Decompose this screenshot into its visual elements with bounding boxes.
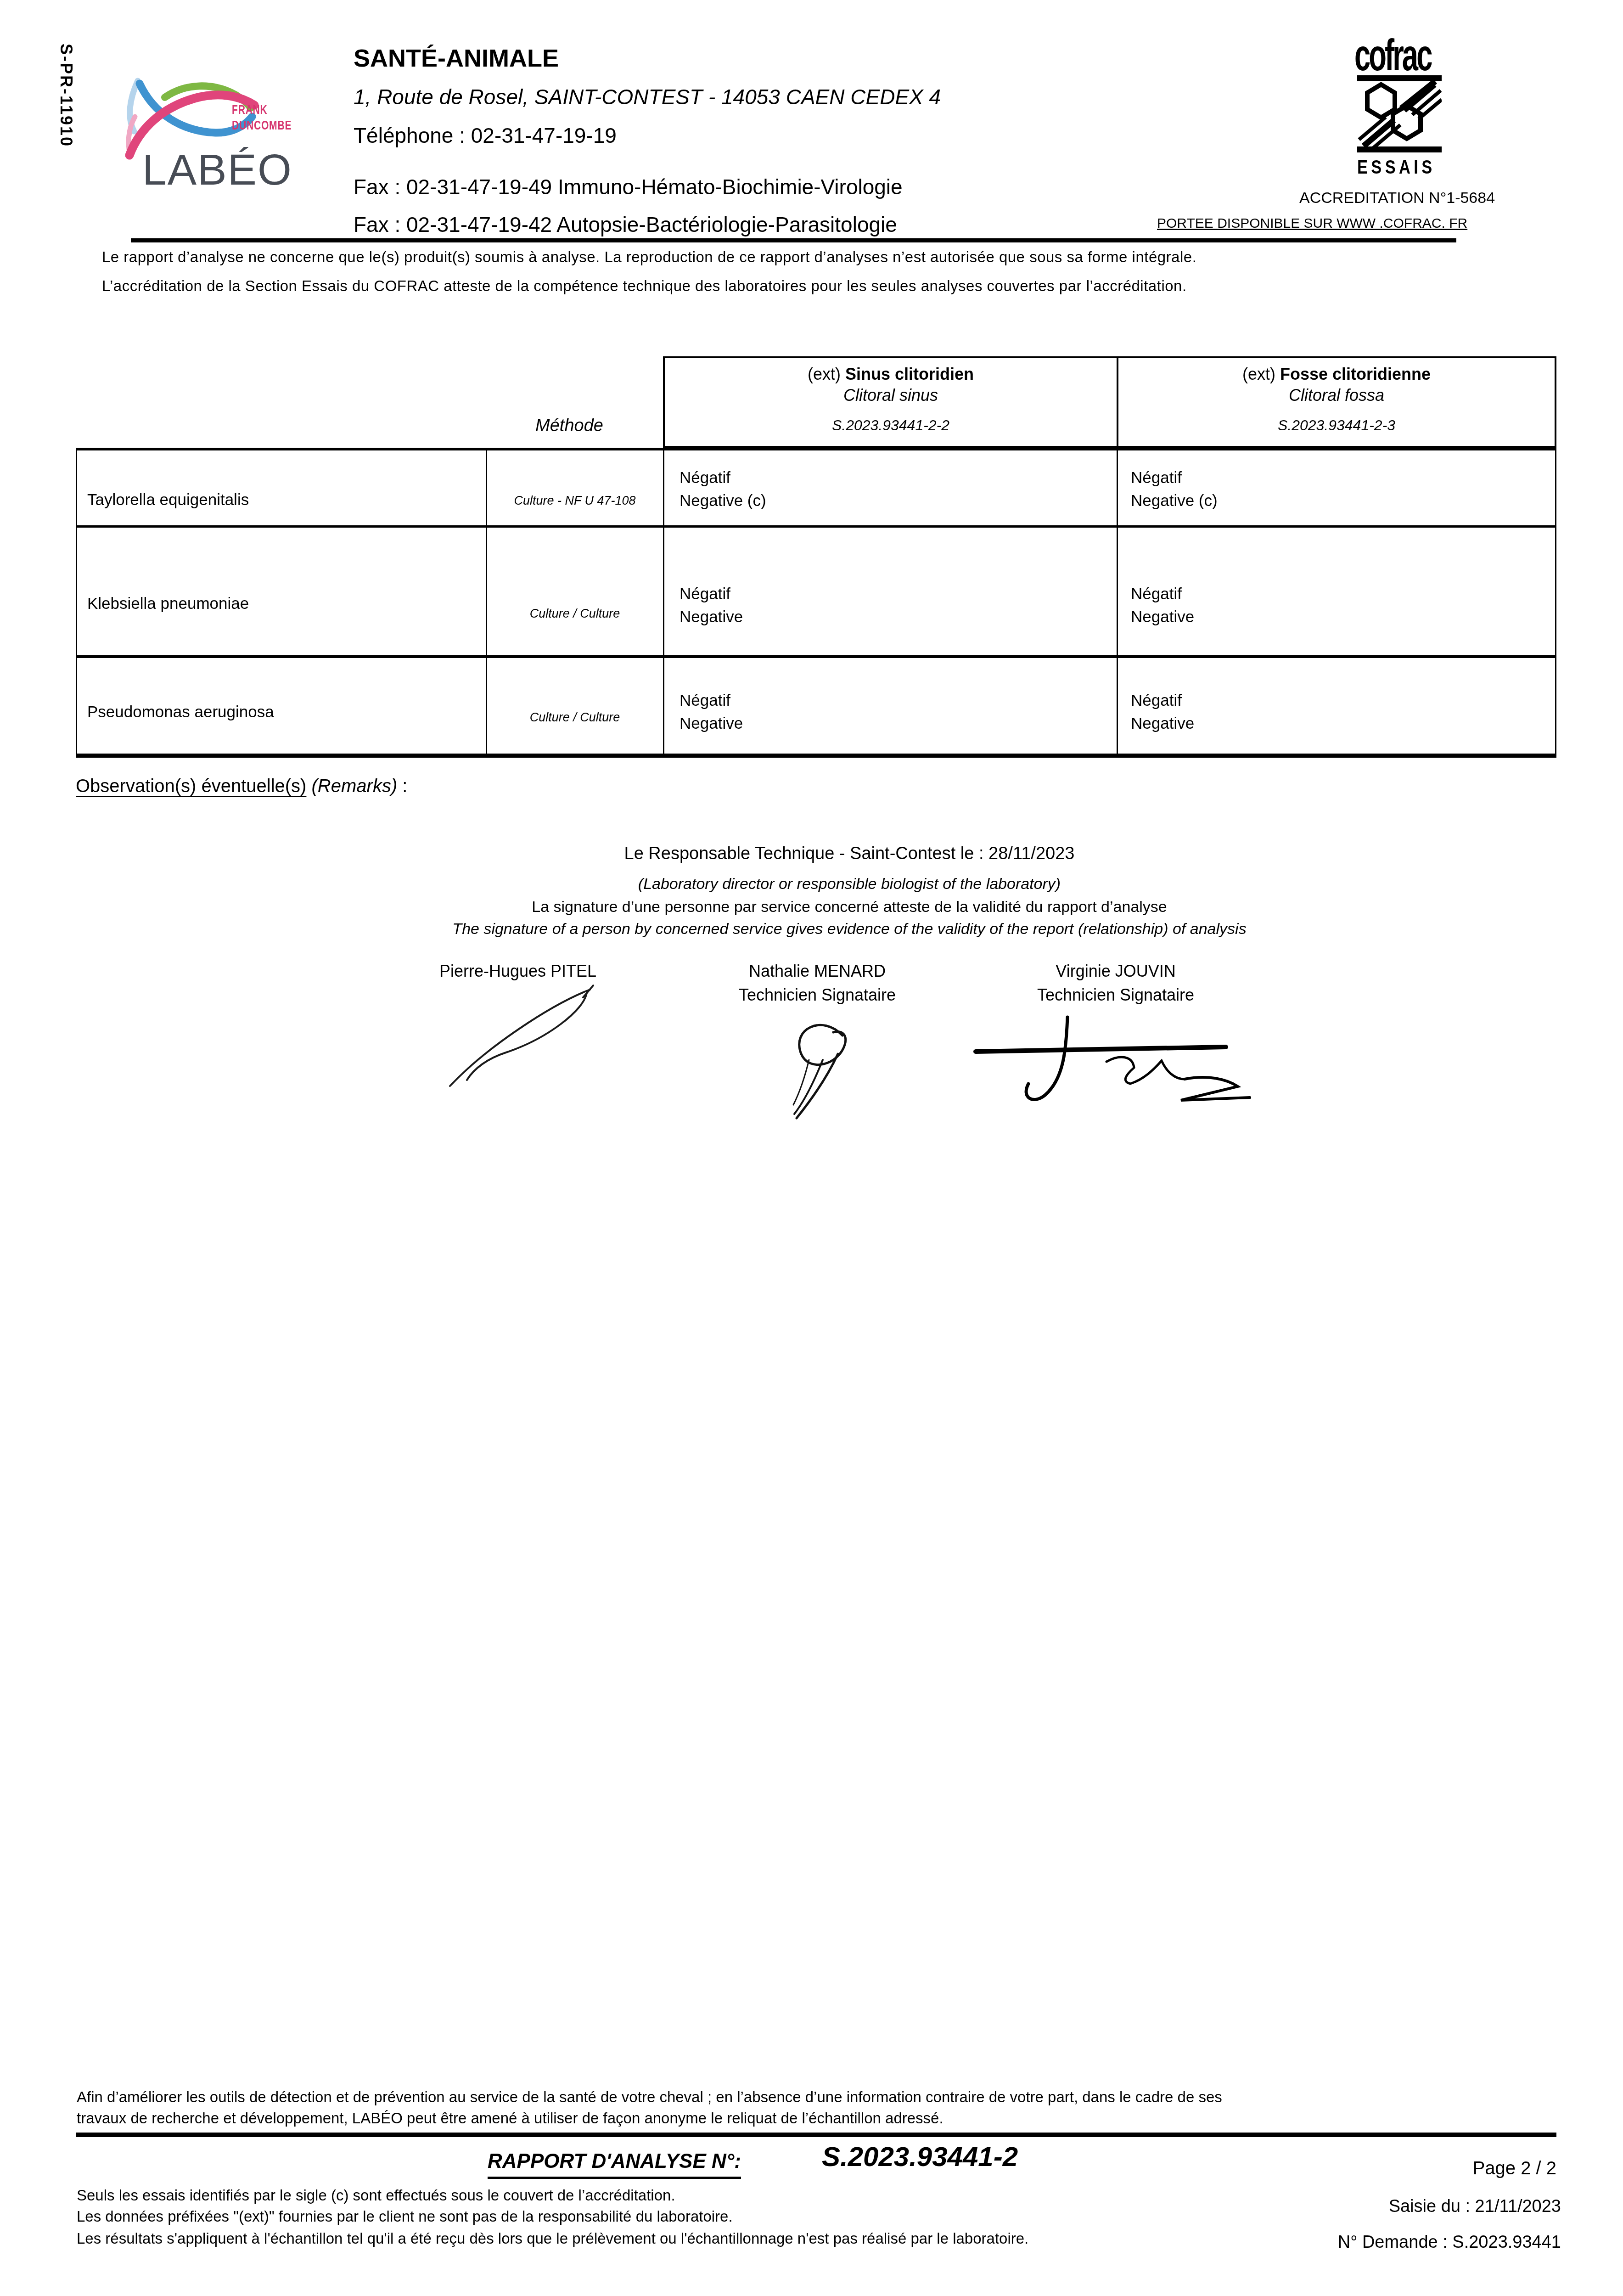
footer-divider [76, 2133, 1556, 2137]
column-subtitle: Clitoral fossa [1118, 386, 1555, 405]
method-value: Culture / Culture [488, 710, 662, 725]
department-title: SANTÉ-ANIMALE [354, 44, 559, 73]
result-fr: Négatif [680, 689, 743, 712]
column-subtitle: Clitoral sinus [665, 386, 1117, 405]
method-value: Culture / Culture [488, 607, 662, 621]
page-indicator: Page 2 / 2 [1396, 2158, 1556, 2179]
result-cell: Négatif Negative [1131, 583, 1194, 629]
grid-line [486, 450, 487, 754]
responsible-line: Le Responsable Technique - Saint-Contest… [275, 844, 1423, 864]
report-page: S-PR-11910 FRANK DUNCOMBE LABÉO SANTÉ-AN… [0, 0, 1623, 2296]
remarks-label-fr: Observation(s) éventuelle(s) [76, 776, 306, 796]
result-en: Negative [1131, 606, 1194, 629]
cofrac-emblem-icon [1357, 73, 1442, 155]
sample-id: S.2023.93441-2-3 [1118, 417, 1555, 434]
result-en: Negative (c) [680, 490, 766, 512]
remarks-label: Observation(s) éventuelle(s) (Remarks) : [76, 776, 407, 797]
fax-line-1: Fax : 02-31-47-19-49 Immuno-Hémato-Bioch… [354, 174, 903, 199]
report-number-label: RAPPORT D'ANALYSE N°: [488, 2150, 741, 2179]
grid-line [77, 655, 1555, 658]
notice-line-2: L’accréditation de la Section Essais du … [102, 277, 1187, 295]
header-divider [131, 238, 1456, 242]
doc-id-vertical: S-PR-11910 [56, 44, 76, 147]
footer-note-2: Les données préfixées "(ext)" fournies p… [77, 2208, 733, 2225]
method-value: Culture - NF U 47-108 [488, 494, 662, 508]
portee-link[interactable]: PORTEE DISPONIBLE SUR WWW .COFRAC. FR [1157, 216, 1447, 231]
signatory-name: Nathalie MENARD [702, 962, 932, 981]
result-fr: Négatif [680, 467, 766, 490]
signatory-name: Pierre-Hugues PITEL [403, 962, 633, 981]
results-table-header: (ext) Sinus clitoridien Clitoral sinus S… [663, 356, 1556, 448]
result-en: Negative (c) [1131, 490, 1218, 512]
brand-duncombe: DUNCOMBE [232, 118, 292, 133]
research-notice-line-1: Afin d’améliorer les outils de détection… [77, 2088, 1222, 2106]
signature-validity-line-en: The signature of a person by concerned s… [275, 920, 1423, 938]
responsible-line-en: (Laboratory director or responsible biol… [275, 875, 1423, 893]
parameter-name: Taylorella equigenitalis [87, 491, 249, 509]
signature-pitel [432, 983, 601, 1093]
fax-line-2: Fax : 02-31-47-19-42 Autopsie-Bactériolo… [354, 212, 897, 237]
signatory-title: Technicien Signataire [702, 985, 932, 1005]
column-title: (ext) Fosse clitoridienne [1118, 365, 1555, 384]
signature-jouvin [969, 1010, 1263, 1107]
result-en: Negative [680, 606, 743, 629]
research-notice-line-2: travaux de recherche et développement, L… [77, 2110, 943, 2127]
result-fr: Négatif [1131, 583, 1194, 606]
column-header-fossa: (ext) Fosse clitoridienne Clitoral fossa… [1118, 358, 1555, 446]
result-cell: Négatif Negative [1131, 689, 1194, 735]
grid-line [663, 450, 664, 754]
request-number: N° Demande : S.2023.93441 [1263, 2233, 1561, 2252]
footer-note-1: Seuls les essais identifiés par le sigle… [77, 2187, 675, 2204]
method-column-header: Méthode [482, 416, 657, 436]
result-cell: Négatif Negative [680, 583, 743, 629]
result-en: Negative [1131, 712, 1194, 735]
column-header-sinus: (ext) Sinus clitoridien Clitoral sinus S… [665, 358, 1117, 446]
signature-menard [758, 1010, 886, 1120]
result-cell: Négatif Negative [680, 689, 743, 735]
results-table-body: Taylorella equigenitalis Culture - NF U … [76, 448, 1556, 758]
accreditation-number: ACCREDITATION N°1-5684 [1299, 189, 1465, 207]
column-title: (ext) Sinus clitoridien [665, 365, 1117, 384]
result-cell: Négatif Negative (c) [680, 467, 766, 512]
signatory-title: Technicien Signataire [1001, 985, 1230, 1005]
remarks-colon: : [397, 776, 407, 796]
parameter-name: Pseudomonas aeruginosa [87, 703, 274, 721]
entry-date: Saisie du : 21/11/2023 [1309, 2197, 1561, 2217]
result-fr: Négatif [1131, 689, 1194, 712]
report-number-value: S.2023.93441-2 [822, 2141, 1018, 2172]
sample-id: S.2023.93441-2-2 [665, 417, 1117, 434]
signatory-name: Virginie JOUVIN [1001, 962, 1230, 981]
remarks-label-en: (Remarks) [306, 776, 397, 796]
footer-note-3: Les résultats s'appliquent à l'échantill… [77, 2230, 1028, 2247]
signature-validity-line: La signature d’une personne par service … [275, 898, 1423, 916]
notice-line-1: Le rapport d’analyse ne concerne que le(… [102, 248, 1196, 266]
brand-name: LABÉO [142, 145, 292, 195]
brand-frank: FRANK [232, 103, 268, 117]
result-cell: Négatif Negative (c) [1131, 467, 1218, 512]
result-fr: Négatif [1131, 467, 1218, 490]
grid-line [1117, 450, 1118, 754]
result-en: Negative [680, 712, 743, 735]
address-line: 1, Route de Rosel, SAINT-CONTEST - 14053… [354, 84, 941, 109]
phone-line: Téléphone : 02-31-47-19-19 [354, 123, 617, 148]
grid-line [77, 525, 1555, 528]
cofrac-essais-label: ESSAIS [1357, 156, 1436, 178]
parameter-name: Klebsiella pneumoniae [87, 595, 249, 613]
result-fr: Négatif [680, 583, 743, 606]
